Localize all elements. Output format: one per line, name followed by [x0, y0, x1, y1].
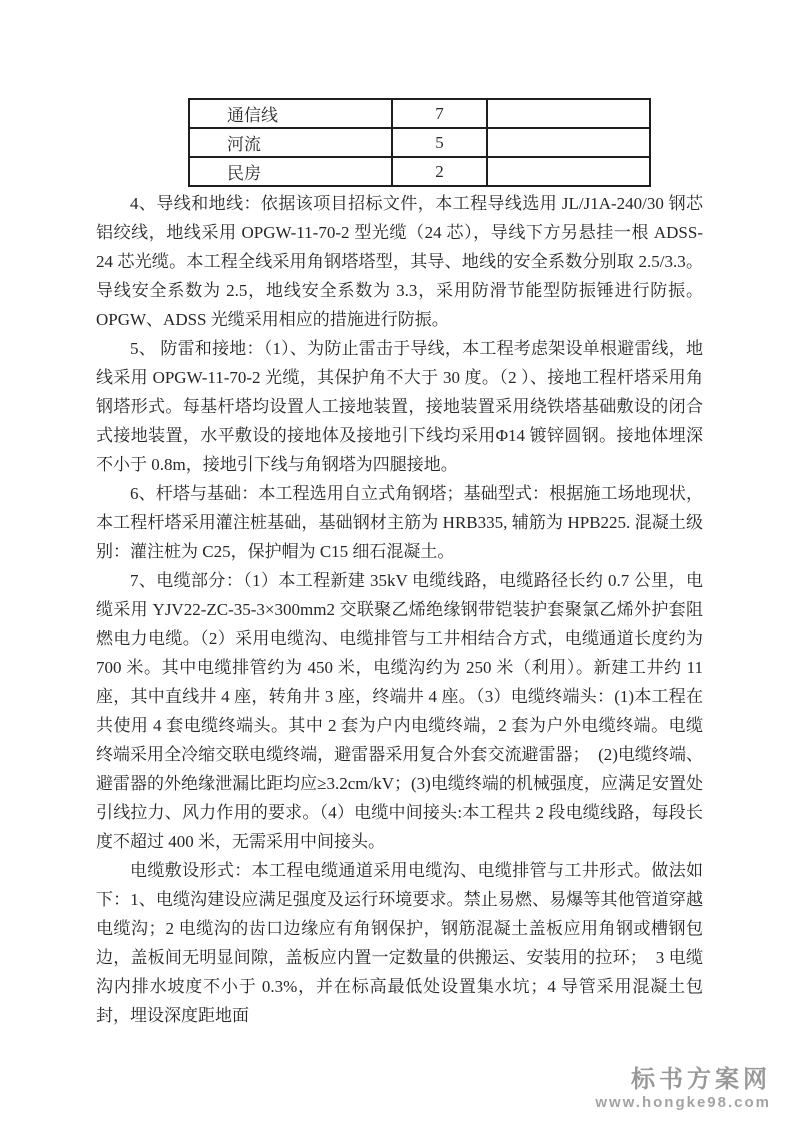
paragraph-cable-laying-form: 电缆敷设形式：本工程电缆通道采用电缆沟、电缆排管与工井形式。做法如下：1、电缆沟… — [96, 856, 703, 1030]
table-row: 民房 2 — [189, 157, 650, 186]
table-cell-label: 民房 — [189, 157, 392, 186]
document-body: 4、导线和地线：依据该项目招标文件，本工程导线选用 JL/J1A-240/30 … — [96, 189, 703, 1030]
paragraph-towers-and-foundation: 6、杆塔与基础：本工程选用自立式角钢塔；基础型式：根据施工场地现状，本工程杆塔采… — [96, 479, 703, 566]
table-cell-value: 7 — [392, 99, 487, 128]
table-row: 通信线 7 — [189, 99, 650, 128]
crossing-obstacles-table: 通信线 7 河流 5 民房 2 — [188, 98, 651, 187]
paragraph-cable-section: 7、电缆部分：（1）本工程新建 35kV 电缆线路，电缆路径长约 0.7 公里，… — [96, 566, 703, 856]
watermark-site-name: 标书方案网 — [595, 1066, 771, 1094]
table-cell-note — [487, 128, 650, 157]
table-cell-value: 2 — [392, 157, 487, 186]
table-cell-note — [487, 99, 650, 128]
paragraph-conductors-and-groundwire: 4、导线和地线：依据该项目招标文件，本工程导线选用 JL/J1A-240/30 … — [96, 189, 703, 334]
table-cell-label: 河流 — [189, 128, 392, 157]
table-cell-label: 通信线 — [189, 99, 392, 128]
watermark: 标书方案网 www.hongke98.com — [595, 1066, 771, 1112]
document-page: 通信线 7 河流 5 民房 2 4、导线和地线：依据该项目招标文件，本工程导线选… — [0, 0, 793, 1122]
table-row: 河流 5 — [189, 128, 650, 157]
paragraph-lightning-and-grounding: 5、 防雷和接地：（1）、为防止雷击于导线，本工程考虑架设单根避雷线，地线采用 … — [96, 334, 703, 479]
watermark-site-url: www.hongke98.com — [595, 1094, 771, 1112]
table-cell-note — [487, 157, 650, 186]
table-cell-value: 5 — [392, 128, 487, 157]
